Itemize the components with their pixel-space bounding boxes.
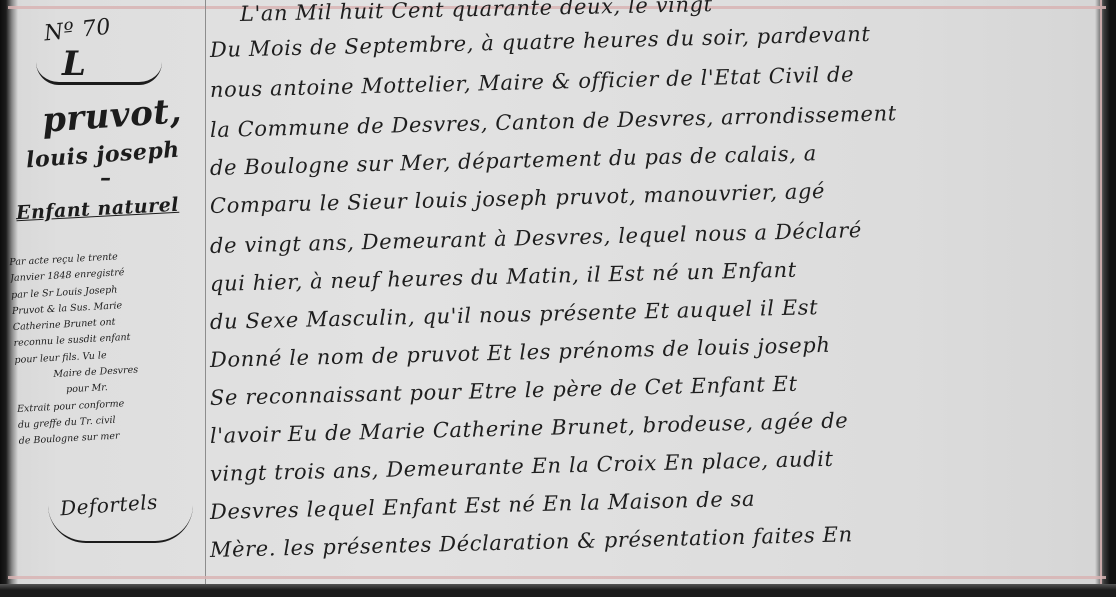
right-page-edge [1100, 0, 1102, 597]
bottom-rule [8, 576, 1106, 579]
body-line: Comparu le Sieur louis joseph pruvot, ma… [210, 179, 826, 218]
body-line: nous antoine Mottelier, Maire & officier… [210, 62, 855, 102]
body-line: Se reconnaissant pour Etre le père de Ce… [210, 372, 798, 410]
register-page: Nº 70 L pruvot, louis joseph – Enfant na… [0, 0, 1116, 597]
body-line: qui hier, à neuf heures du Matin, il Est… [210, 258, 797, 296]
body-line: la Commune de Desvres, Canton de Desvres… [210, 101, 897, 142]
margin-divider [205, 0, 206, 597]
signature-flourish [48, 505, 193, 543]
entry-number: Nº 70 [43, 15, 112, 47]
page-bottom-edge [0, 584, 1116, 597]
child-status: Enfant naturel [16, 194, 180, 225]
body-line: de Boulogne sur Mer, département du pas … [210, 141, 817, 180]
body-line: Desvres lequel Enfant Est né En la Maiso… [210, 487, 756, 524]
body-line: de vingt ans, Demeurant à Desvres, leque… [210, 218, 862, 258]
body-line: vingt trois ans, Demeurante En la Croix … [210, 447, 834, 486]
body-line: Mère. les présentes Déclaration & présen… [210, 522, 853, 562]
body-line: Donné le nom de pruvot Et les prénoms de… [210, 333, 831, 372]
letter-flourish [36, 62, 162, 85]
surname: pruvot, [41, 91, 183, 141]
margin-annotation: Par acte reçu le trente Janvier 1848 enr… [9, 245, 209, 450]
body-line: l'avoir Eu de Marie Catherine Brunet, br… [210, 408, 849, 448]
entry-body: L'an Mil huit Cent quarante deux, le vin… [210, 0, 1100, 590]
body-line: Du Mois de Septembre, à quatre heures du… [210, 22, 871, 62]
body-line: L'an Mil huit Cent quarante deux, le vin… [240, 0, 713, 26]
dash-mark: – [100, 165, 112, 191]
body-line: du Sexe Masculin, qu'il nous présente Et… [210, 295, 819, 334]
